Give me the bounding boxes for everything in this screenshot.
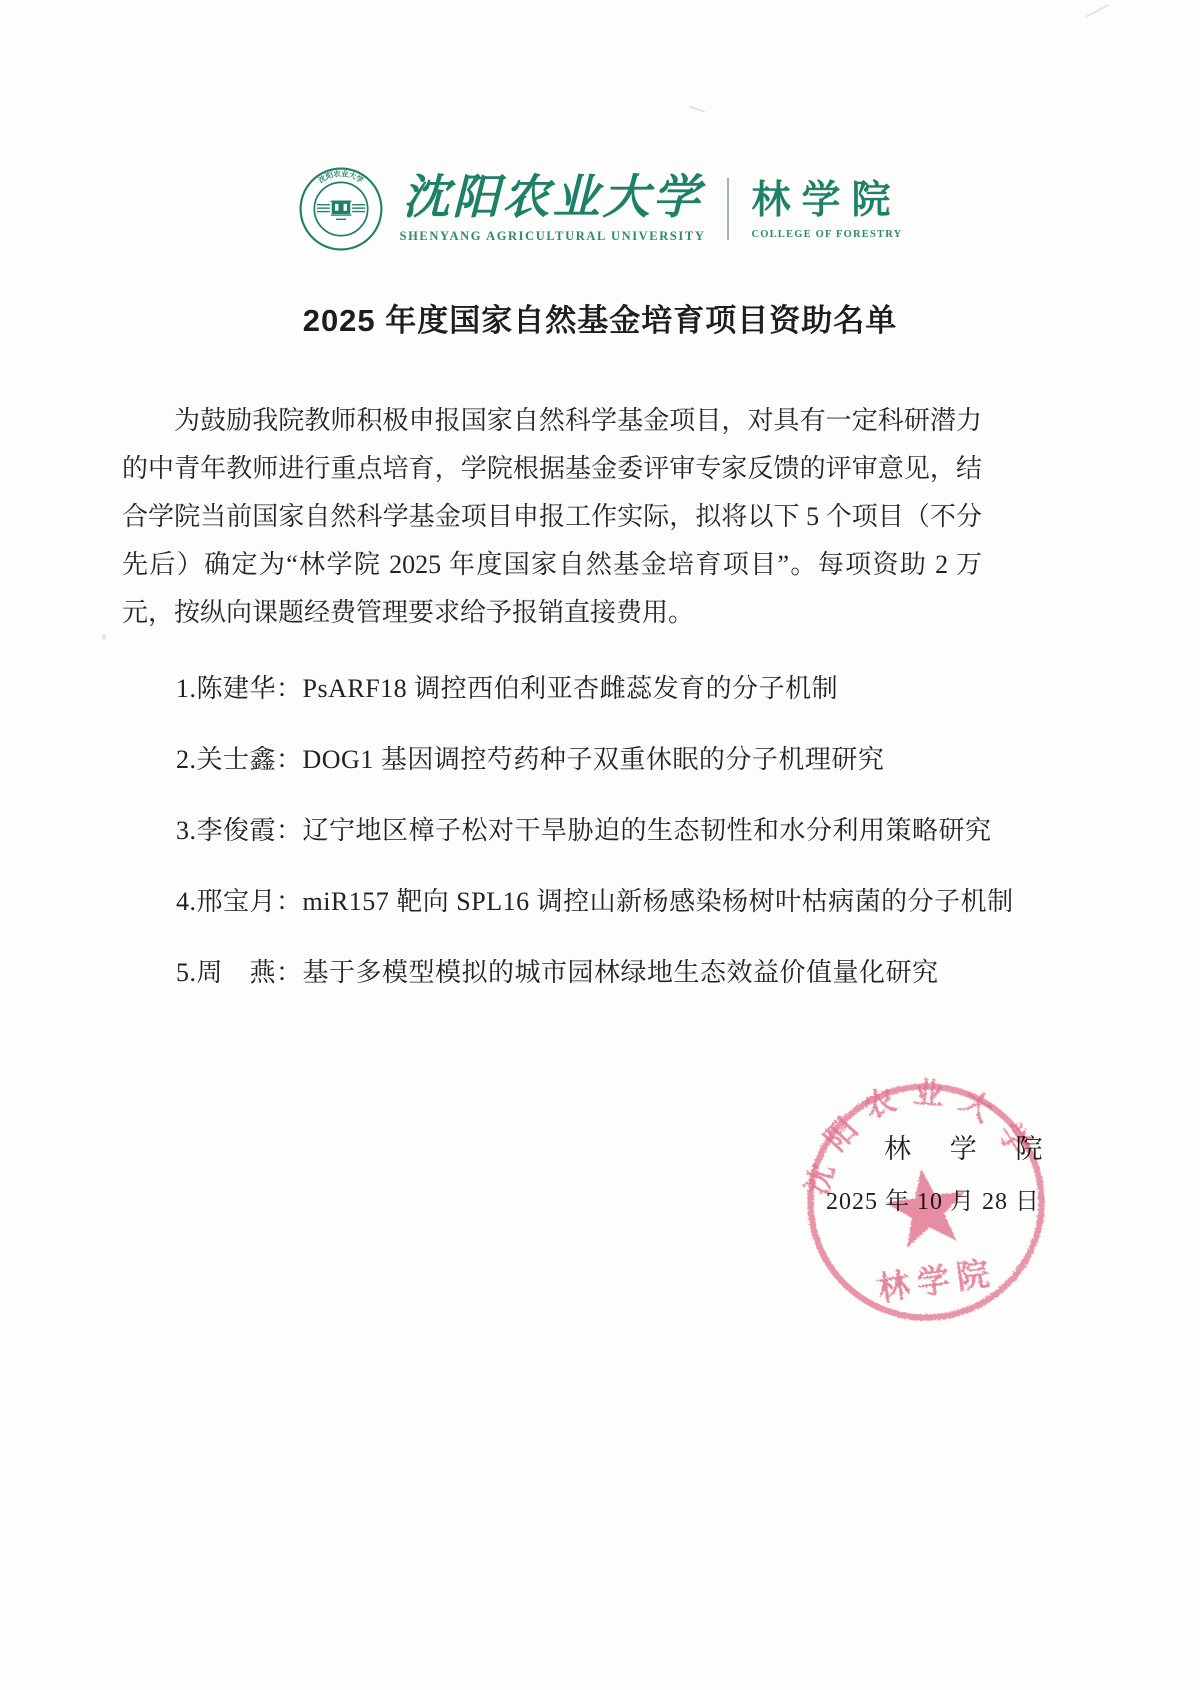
scan-artifact — [102, 634, 106, 640]
college-name-block: 林学院 COLLEGE OF FORESTRY — [751, 178, 902, 240]
official-seal-stamp: 沈阳农业大学 林学院 — [784, 1060, 1069, 1345]
project-item-3: 3.李俊霞：辽宁地区樟子松对干旱胁迫的生态韧性和水分利用策略研究 — [176, 817, 1056, 844]
stamp-star-icon — [882, 1163, 972, 1249]
college-name-en: COLLEGE OF FORESTRY — [751, 229, 902, 240]
header-divider — [727, 178, 729, 240]
svg-text:沈阳农业大学: 沈阳农业大学 — [786, 1060, 1045, 1203]
project-item-1: 1.陈建华：PsARF18 调控西伯利亚杏雌蕊发育的分子机制 — [176, 675, 1056, 702]
project-item-4: 4.邢宝月：miR157 靶向 SPL16 调控山新杨感染杨树叶枯病菌的分子机制 — [176, 888, 1056, 915]
project-list: 1.陈建华：PsARF18 调控西伯利亚杏雌蕊发育的分子机制 2.关士鑫：DOG… — [176, 675, 1056, 1030]
university-name-cn: 沈阳农业大学 — [400, 174, 706, 223]
document-paragraph: 为鼓励我院教师积极申报国家自然科学基金项目，对具有一定科研潜力的中青年教师进行重… — [122, 397, 982, 637]
project-item-5: 5.周 燕：基于多模型模拟的城市园林绿地生态效益价值量化研究 — [176, 959, 1056, 986]
document-title: 2025 年度国家自然基金培育项目资助名单 — [0, 295, 1200, 340]
stamp-bottom-text: 林学院 — [875, 1254, 999, 1307]
letterhead: 沈阳农业大学 沈阳农业大学 SHENYANG AGRICULTURAL UNIV… — [0, 166, 1200, 252]
university-logo-icon: 沈阳农业大学 — [298, 166, 384, 252]
project-item-2: 2.关士鑫：DOG1 基因调控芍药种子双重休眠的分子机理研究 — [176, 746, 1056, 773]
scan-artifact — [1085, 4, 1109, 18]
document-page: 沈阳农业大学 沈阳农业大学 SHENYANG AGRICULTURAL UNIV… — [0, 0, 1200, 1690]
university-name-en: SHENYANG AGRICULTURAL UNIVERSITY — [400, 229, 706, 244]
scan-artifact — [687, 106, 705, 120]
stamp-ring-text: 沈阳农业大学 — [786, 1060, 1045, 1203]
university-name-block: 沈阳农业大学 SHENYANG AGRICULTURAL UNIVERSITY — [400, 174, 706, 243]
college-name-cn: 林学院 — [751, 180, 902, 223]
